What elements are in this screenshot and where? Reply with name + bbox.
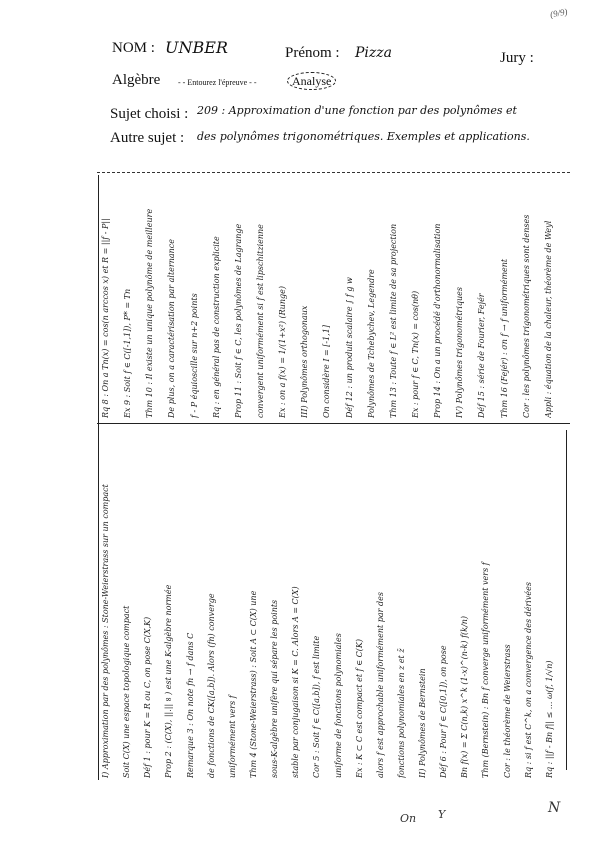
autre-sujet-label: Autre sujet :	[110, 130, 184, 147]
bottom-annotation-left: On	[400, 812, 416, 825]
handwritten-line: f - P équioscille sur n+2 points	[189, 178, 201, 418]
handwritten-line: Ex : on a f(x) = 1/(1+x²) (Runge)	[277, 178, 289, 418]
handwritten-line: Thm 13 : Toute f ∈ L² est limite de sa p…	[388, 178, 400, 418]
handwritten-line: uniforme de fonctions polynomiales	[333, 428, 345, 778]
handwritten-line: Thm 16 (Fejér) : σn f → f uniformément	[499, 178, 511, 418]
handwritten-line: Thm 4 (Stone-Weierstrass) : Soit A ⊂ C(X…	[248, 428, 260, 778]
sujet-label: Sujet choisi :	[110, 106, 188, 123]
algebre-option[interactable]: Algèbre	[112, 72, 160, 89]
jury-label: Jury :	[500, 50, 534, 67]
handwritten-line: Déf 12 : un produit scalaire ∫ f g w	[344, 178, 356, 418]
handwritten-line: Appli : équation de la chaleur, théorème…	[543, 178, 555, 418]
handwritten-line: IV) Polynômes trigonométriques	[454, 178, 466, 418]
handwritten-line: Thm (Bernstein) : Bn f converge uniformé…	[480, 428, 492, 778]
handwritten-line: uniformément vers f	[227, 428, 239, 778]
prenom-value: Pizza	[355, 45, 392, 61]
handwritten-line: Soit C(X) une espace topologique compact	[121, 428, 133, 778]
handwritten-line: convergent uniformément si f est lipschi…	[255, 178, 267, 418]
handwritten-line: I) Approximation par des polynômes : Sto…	[100, 428, 112, 778]
handwritten-line: II) Polynômes de Bernstein	[417, 428, 429, 778]
handwritten-line: Ex : pour f ∈ C, Tn(x) = cos(nθ)	[410, 178, 422, 418]
handwritten-line: Cor 5 : Soit f ∈ C([a,b]), f est limite	[311, 428, 323, 778]
nom-value: UNBER	[165, 38, 228, 57]
handwritten-line: Rq : si f est C^k, on a convergence des …	[523, 428, 535, 778]
handwritten-line: Déf 15 : série de Fourier, Fejér	[476, 178, 488, 418]
handwritten-line: sous-K-algèbre unifère qui sépare les po…	[269, 428, 281, 778]
handwritten-line: On considère I = [-1,1]	[321, 178, 333, 418]
handwritten-line: Remarque 3 : On note fn → f dans C	[185, 428, 197, 778]
handwritten-line: Cor : les polynômes trigonométriques son…	[521, 178, 533, 418]
page-number-mark: (9/9)	[549, 7, 568, 20]
analyse-option-circled[interactable]: Analyse	[287, 73, 336, 90]
handwritten-line: Bn f(x) = Σ C(n,k) x^k (1-x)^(n-k) f(k/n…	[459, 428, 471, 778]
handwritten-line: Prop 14 : On a un procédé d'orthonormali…	[432, 178, 444, 418]
handwritten-line: Déf 1 : pour K = R ou C, on pose C(X,K)	[142, 428, 154, 778]
handwritten-line: Polynômes de Tchebychev, Legendre	[366, 178, 378, 418]
handwritten-line: Rq : en général pas de construction expl…	[211, 178, 223, 418]
entourez-instruction: - - Entourez l'épreuve - -	[178, 78, 257, 87]
left-margin-line	[98, 175, 99, 780]
handwritten-line: De plus, on a caractérisation par altern…	[166, 178, 178, 418]
autre-sujet-value: des polynômes trigonométriques. Exemples…	[197, 130, 530, 143]
handwritten-line: de fonctions de CK([a,b]). Alors (fn) co…	[206, 428, 218, 778]
handwritten-line: stable par conjugaison si K = C. Alors A…	[290, 428, 302, 778]
sujet-value: 209 : Approximation d'une fonction par d…	[197, 104, 517, 117]
handwritten-line: Prop 11 : Soit f ∈ C, les polynômes de L…	[233, 178, 245, 418]
bottom-annotation-mid: Y	[438, 808, 445, 821]
section-divider	[97, 423, 570, 424]
handwritten-line: fonctions polynomiales en z et z̄	[396, 428, 408, 778]
handwritten-line: Prop 2 : (C(X), ||.||∞) est une K-algèbr…	[163, 428, 175, 778]
handwritten-line: Cor : le théorème de Weierstrass	[502, 428, 514, 778]
handwritten-line: Rq 8 : On a Tn(x) = cos(n arccos x) et R…	[100, 178, 112, 418]
right-margin-line	[566, 430, 567, 770]
handwritten-line: Déf 6 : Pour f ∈ C([0,1]), on pose	[438, 428, 450, 778]
handwritten-line: alors f est approchable uniformément par…	[375, 428, 387, 778]
handwritten-line: III) Polynômes orthogonaux	[299, 178, 311, 418]
prenom-label: Prénom :	[285, 45, 340, 62]
handwritten-line: Ex 9 : Soit f ∈ C([-1,1]), P* = Tn	[122, 178, 134, 418]
nom-label: NOM :	[112, 40, 155, 57]
analyse-label: Analyse	[287, 72, 336, 90]
bottom-annotation-right: N	[548, 800, 560, 816]
handwritten-line: Thm 10 : Il existe un unique polynôme de…	[144, 178, 156, 418]
handwritten-line: Ex : K ⊂ C est compact et f ∈ C(K)	[354, 428, 366, 778]
handwritten-line: Rq : ||f - Bn f|| ≤ ... ω(f, 1/√n)	[544, 428, 556, 778]
